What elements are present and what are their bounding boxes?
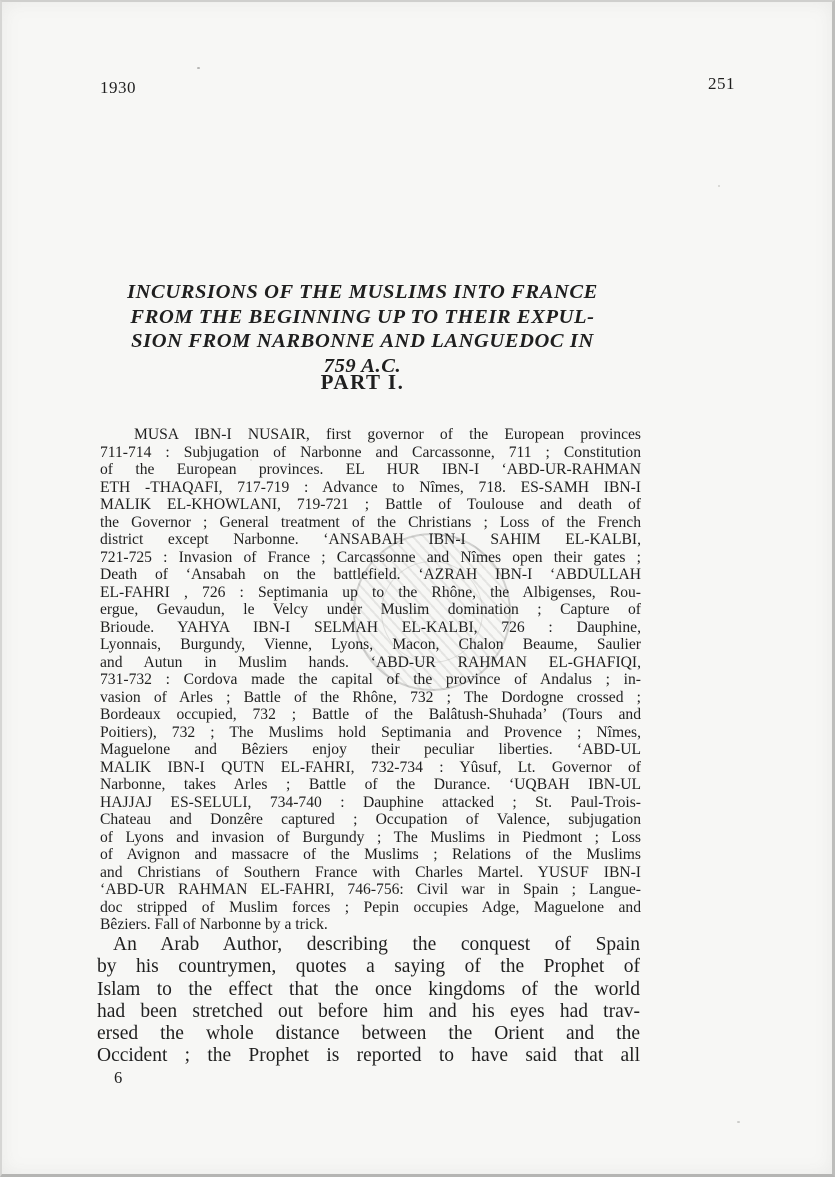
scan-speck	[197, 67, 200, 69]
text-line: FROM THE BEGINNING UP TO THEIR EXPUL-	[95, 305, 630, 330]
text-line: Poitiers), 732 ; The Muslims hold Septim…	[100, 724, 641, 742]
text-line: of the European provinces. EL HUR IBN-I …	[100, 461, 641, 479]
text-line: district except Narbonne. ‘ANSABAH IBN-I…	[100, 531, 641, 549]
text-line: and Christians of Southern France with C…	[100, 864, 641, 882]
text-line: had been stretched out before him and hi…	[97, 1001, 640, 1023]
text-line: Islam to the effect that the once kingdo…	[97, 979, 640, 1001]
lead-paragraph: An Arab Author, describing the conquest …	[97, 934, 640, 1068]
text-line: Death of ‘Ansabah on the battlefield. ‘A…	[100, 566, 641, 584]
text-line: HAJJAJ ES-SELULI, 734-740 : Dauphine att…	[100, 794, 641, 812]
text-line: ersed the whole distance between the Ori…	[97, 1023, 640, 1045]
text-line: ‘ABD-UR RAHMAN EL-FAHRI, 746-756: Civil …	[100, 881, 641, 899]
text-line: the Governor ; General treatment of the …	[100, 514, 641, 532]
text-line: Lyonnais, Burgundy, Vienne, Lyons, Macon…	[100, 636, 641, 654]
text-line: Occident ; the Prophet is reported to ha…	[97, 1045, 640, 1067]
text-line: An Arab Author, describing the conquest …	[97, 934, 640, 956]
text-line: doc stripped of Muslim forces ; Pepin oc…	[100, 899, 641, 917]
text-line: SION FROM NARBONNE AND LANGUEDOC IN	[95, 329, 630, 354]
part-heading: PART I.	[95, 370, 630, 395]
text-line: ergue, Gevaudun, le Velcy under Muslim d…	[100, 601, 641, 619]
text-line: ETH -THAQAFI, 717-719 : Advance to Nîmes…	[100, 479, 641, 497]
text-line: EL-FAHRI , 726 : Septimania up to the Rh…	[100, 584, 641, 602]
text-line: Bordeaux occupied, 732 ; Battle of the B…	[100, 706, 641, 724]
text-line: INCURSIONS OF THE MUSLIMS INTO FRANCE	[95, 280, 630, 305]
running-head-year: 1930	[100, 78, 136, 98]
scan-speck	[737, 1121, 740, 1123]
text-line: and Autun in Muslim hands. ‘ABD-UR RAHMA…	[100, 654, 641, 672]
text-line: 721-725 : Invasion of France ; Carcasson…	[100, 549, 641, 567]
text-line: Maguelone and Bêziers enjoy their peculi…	[100, 741, 641, 759]
text-line: MUSA IBN-I NUSAIR, first governor of the…	[100, 426, 641, 444]
text-line: by his countrymen, quotes a saying of th…	[97, 956, 640, 978]
signature-number: 6	[114, 1068, 122, 1088]
text-line: Chateau and Donzêre captured ; Occupatio…	[100, 811, 641, 829]
scan-speck	[718, 185, 720, 187]
text-line: MALIK IBN-I QUTN EL-FAHRI, 732-734 : Yûs…	[100, 759, 641, 777]
scan-speck	[250, 459, 252, 461]
text-line: of Avignon and massacre of the Muslims ;…	[100, 846, 641, 864]
running-head-page-number: 251	[708, 74, 735, 94]
text-line: vasion of Arles ; Battle of the Rhône, 7…	[100, 689, 641, 707]
text-line: Brioude. YAHYA IBN-I SELMAH EL-KALBI, 72…	[100, 619, 641, 637]
text-line: 731-732 : Cordova made the capital of th…	[100, 671, 641, 689]
text-line: of Lyons and invasion of Burgundy ; The …	[100, 829, 641, 847]
synopsis-paragraph: MUSA IBN-I NUSAIR, first governor of the…	[100, 426, 641, 934]
article-title: INCURSIONS OF THE MUSLIMS INTO FRANCEFRO…	[95, 280, 630, 378]
text-line: 711-714 : Subjugation of Narbonne and Ca…	[100, 444, 641, 462]
text-line: MALIK EL-KHOWLANI, 719-721 ; Battle of T…	[100, 496, 641, 514]
text-line: Bêziers. Fall of Narbonne by a trick.	[100, 916, 641, 934]
text-line: Narbonne, takes Arles ; Battle of the Du…	[100, 776, 641, 794]
